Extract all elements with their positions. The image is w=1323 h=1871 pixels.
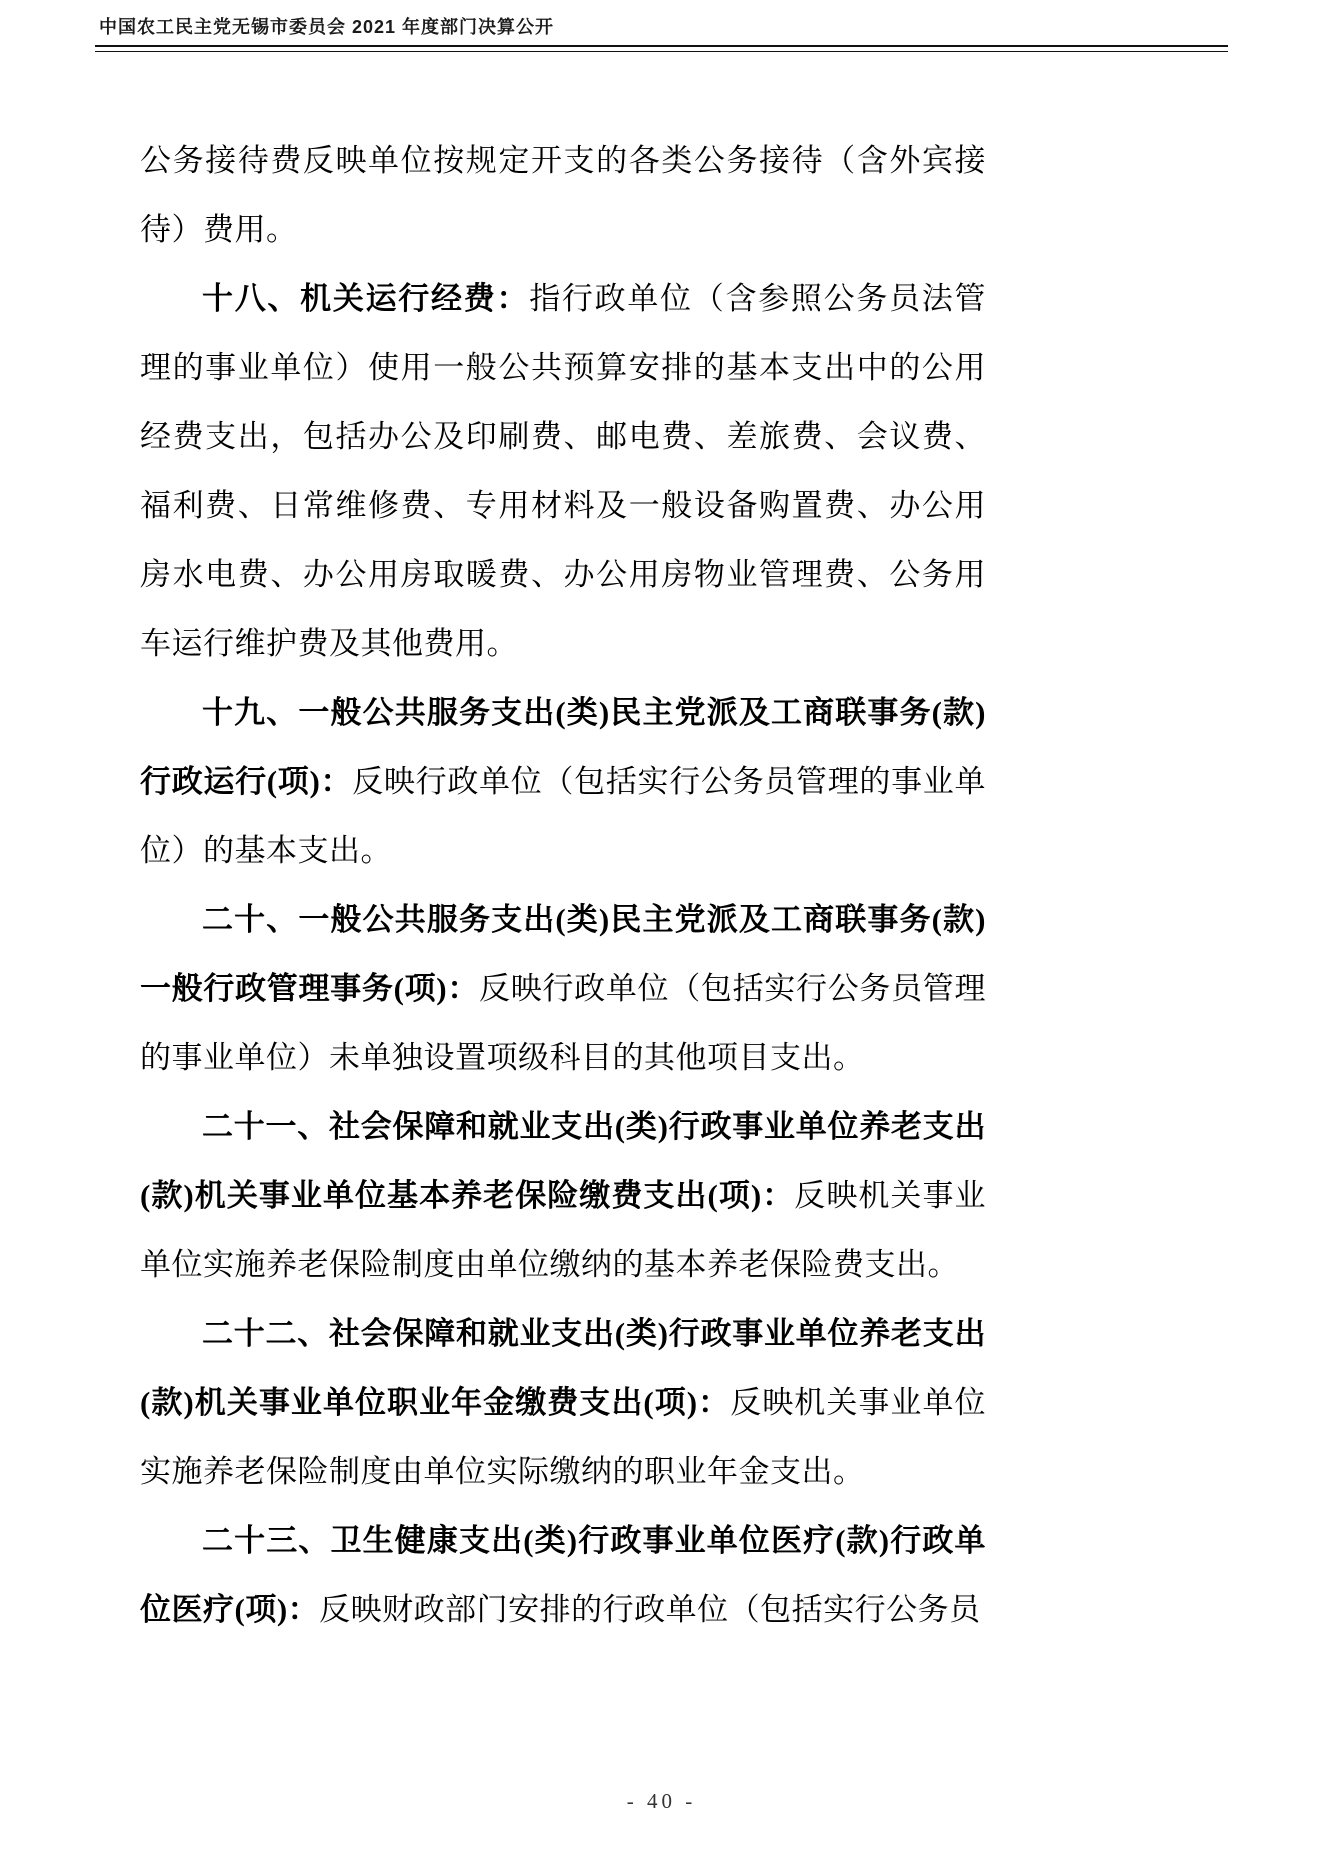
paragraph: 二十一、社会保障和就业支出(类)行政事业单位养老支出(款)机关事业单位基本养老保…	[140, 1092, 986, 1299]
paragraph-text: 公务接待费反映单位按规定开支的各类公务接待（含外宾接待）费用。	[140, 143, 986, 247]
paragraph: 二十、一般公共服务支出(类)民主党派及工商联事务(款)一般行政管理事务(项)：反…	[140, 885, 986, 1092]
document-page: 中国农工民主党无锡市委员会 2021 年度部门决算公开 公务接待费反映单位按规定…	[0, 0, 1323, 1871]
header-rule-top	[95, 45, 1228, 47]
header-rule-bottom	[95, 51, 1228, 52]
paragraph: 十八、机关运行经费：指行政单位（含参照公务员法管理的事业单位）使用一般公共预算安…	[140, 264, 986, 678]
paragraph-text: 指行政单位（含参照公务员法管理的事业单位）使用一般公共预算安排的基本支出中的公用…	[140, 281, 986, 661]
document-body: 公务接待费反映单位按规定开支的各类公务接待（含外宾接待）费用。 十八、机关运行经…	[140, 126, 986, 1644]
paragraph: 二十三、卫生健康支出(类)行政事业单位医疗(款)行政单位医疗(项)：反映财政部门…	[140, 1506, 986, 1644]
paragraph-text: 反映财政部门安排的行政单位（包括实行公务员	[319, 1592, 981, 1627]
paragraph: 十九、一般公共服务支出(类)民主党派及工商联事务(款)行政运行(项)：反映行政单…	[140, 678, 986, 885]
document-header-title: 中国农工民主党无锡市委员会 2021 年度部门决算公开	[99, 13, 1228, 39]
page-number: - 40 -	[0, 1789, 1323, 1814]
paragraph: 公务接待费反映单位按规定开支的各类公务接待（含外宾接待）费用。	[140, 126, 986, 264]
paragraph-lead: 十八、机关运行经费：	[202, 281, 529, 316]
paragraph: 二十二、社会保障和就业支出(类)行政事业单位养老支出(款)机关事业单位职业年金缴…	[140, 1299, 986, 1506]
